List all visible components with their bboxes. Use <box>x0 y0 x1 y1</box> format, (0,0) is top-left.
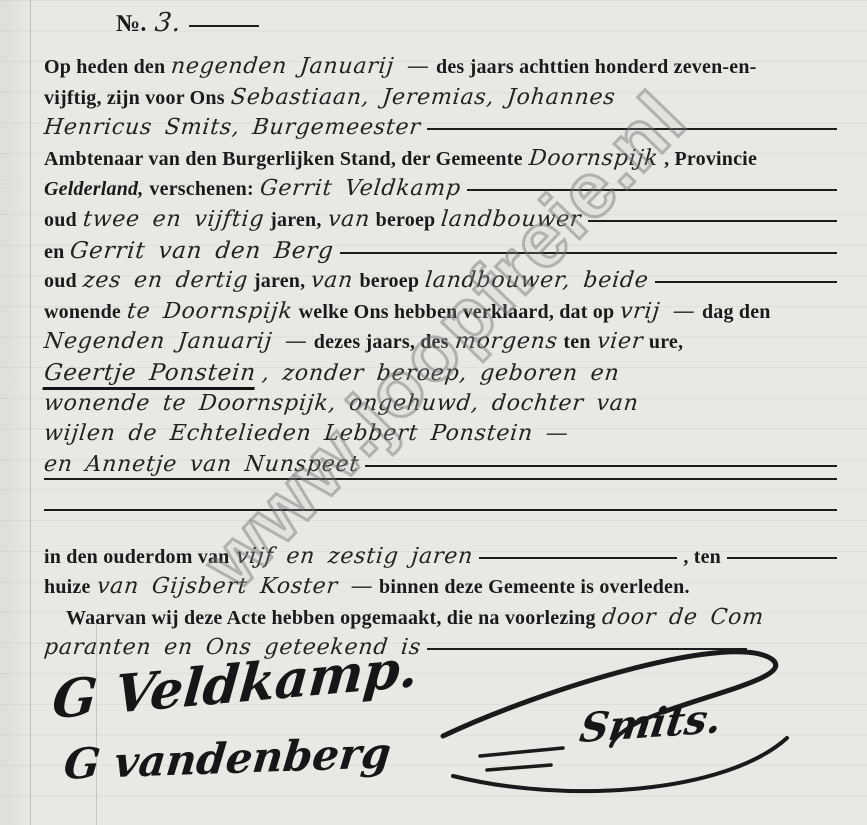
handwritten-hour: vier <box>595 329 644 354</box>
handwritten-weekday: vrij — <box>619 299 697 324</box>
handwritten-declarant-1: Gerrit Veldkamp <box>259 176 463 201</box>
death-certificate-page: www.joopfreie.nl №. 3. Op heden den nege… <box>0 0 867 825</box>
printed-text: oud <box>44 270 77 293</box>
fill-rule <box>44 478 837 480</box>
handwritten-death-date: Negenden Januarij — <box>43 329 309 354</box>
printed-text: beroep <box>376 209 436 232</box>
printed-province: Gelderland, <box>44 178 143 201</box>
printed-text: , Provincie <box>664 148 757 171</box>
printed-text: des jaars achttien honderd zeven-en- <box>436 56 757 79</box>
printed-text: ure, <box>649 331 683 354</box>
handwritten-mother: en Annetje van Nunspeet <box>43 452 361 477</box>
printed-text: Waarvan wij deze Acte hebben opgemaakt, … <box>66 607 596 630</box>
form-line-official: vijftig, zijn voor Ons Sebastiaan, Jerem… <box>44 85 837 116</box>
handwritten-text: wonende te Doornspijk, ongehuwd, dochter… <box>43 391 640 416</box>
fill-rule <box>727 557 837 559</box>
vandenberg-signature: G vandenberg <box>62 728 394 789</box>
form-line-gemeente: Ambtenaar van den Burgerlijken Stand, de… <box>44 146 837 177</box>
handwritten-age-at-death: vijf en zestig jaren <box>234 544 474 569</box>
veldkamp-signature: G Veldkamp. <box>50 638 421 732</box>
form-line-death-datetime: Negenden Januarij — dezes jaars, des mor… <box>44 329 837 360</box>
printed-text: Ambtenaar van den Burgerlijken Stand, de… <box>44 148 523 171</box>
form-line-declarant-2: en Gerrit van den Berg <box>44 238 837 269</box>
printed-text: jaren, <box>270 209 321 232</box>
fill-rule <box>427 128 837 130</box>
printed-text: Op heden den <box>44 56 165 79</box>
fill-rule <box>479 557 678 559</box>
form-line-place-of-death: huize van Gijsbert Koster — binnen deze … <box>44 574 837 605</box>
handwritten-occupation: landbouwer <box>440 207 583 232</box>
form-line-age-at-death: in den ouderdom van vijf en zestig jaren… <box>44 544 837 575</box>
act-number-label: №. <box>116 11 147 38</box>
blank-ruled-line-2 <box>44 513 837 544</box>
handwritten-text: van <box>326 207 371 232</box>
printed-text: beroep <box>359 270 419 293</box>
act-number-line: №. 3. <box>116 8 837 54</box>
form-line-deceased-name: Geertje Ponstein , zonder beroep, gebore… <box>44 360 837 391</box>
printed-text: verschenen: <box>149 178 253 201</box>
handwritten-date: negenden Januarij — <box>170 54 431 79</box>
handwritten-house-owner: van Gijsbert Koster — <box>95 574 374 599</box>
printed-text: in den ouderdom van <box>44 546 230 569</box>
handwritten-age: zes en dertig <box>82 268 250 293</box>
form-line-date: Op heden den negenden Januarij — des jaa… <box>44 54 837 85</box>
form-line-official-2: Henricus Smits, Burgemeester <box>44 115 837 146</box>
form-line-closing-1: Waarvan wij deze Acte hebben opgemaakt, … <box>44 605 837 636</box>
handwritten-age: twee en vijftig <box>82 207 266 232</box>
form-line-deceased-residence: wonende te Doornspijk, ongehuwd, dochter… <box>44 391 837 422</box>
fill-rule <box>588 220 837 222</box>
signatures-area: Smits. G Veldkamp. G vandenberg <box>0 638 867 823</box>
fill-rule <box>655 281 837 283</box>
fill-rule <box>189 25 259 27</box>
handwritten-declarant-2: Gerrit van den Berg <box>69 238 335 264</box>
handwritten-deceased-details: , zonder beroep, geboren en <box>260 361 620 386</box>
fill-rule <box>365 465 837 467</box>
printed-text: dezes jaars, des <box>314 331 449 354</box>
act-number-value: 3. <box>153 8 183 38</box>
printed-text: wonende <box>44 301 121 324</box>
printed-text: binnen deze Gemeente is overleden. <box>379 576 690 599</box>
fill-rule <box>467 189 837 191</box>
form-line-provincie: Gelderland, verschenen: Gerrit Veldkamp <box>44 176 837 207</box>
handwritten-text: van <box>310 268 355 293</box>
printed-text: en <box>44 241 64 264</box>
form-line-residence-declaration: wonende te Doornspijk welke Ons hebben v… <box>44 299 837 330</box>
printed-text: vijftig, zijn voor Ons <box>44 87 225 110</box>
form-line-declarant-1-details: oud twee en vijftig jaren, van beroep la… <box>44 207 837 238</box>
printed-text: welke Ons hebben verklaard, dat op <box>299 301 615 324</box>
printed-text: ten <box>563 331 590 354</box>
handwritten-text: door de Com <box>600 605 765 630</box>
handwritten-gemeente: Doornspijk <box>527 146 659 171</box>
handwritten-daypart: morgens <box>453 329 558 354</box>
handwritten-residence: te Doornspijk <box>126 299 294 324</box>
printed-text: huize <box>44 576 91 599</box>
printed-text: jaren, <box>254 270 305 293</box>
handwritten-occupation: landbouwer, beide <box>424 268 650 293</box>
form-line-parents-1: wijlen de Echtelieden Lebbert Ponstein — <box>44 421 837 452</box>
handwritten-deceased-name: Geertje Ponstein <box>42 360 257 390</box>
handwritten-official-names: Sebastiaan, Jeremias, Johannes <box>229 85 616 110</box>
form-line-declarant-2-details: oud zes en dertig jaren, van beroep land… <box>44 268 837 299</box>
printed-text: , ten <box>683 546 721 569</box>
handwritten-father: wijlen de Echtelieden Lebbert Ponstein — <box>43 421 570 446</box>
printed-text: oud <box>44 209 77 232</box>
fill-rule <box>44 509 837 511</box>
handwritten-official-title: Henricus Smits, Burgemeester <box>43 115 422 140</box>
fill-rule <box>340 252 837 254</box>
printed-text: dag den <box>702 301 771 324</box>
